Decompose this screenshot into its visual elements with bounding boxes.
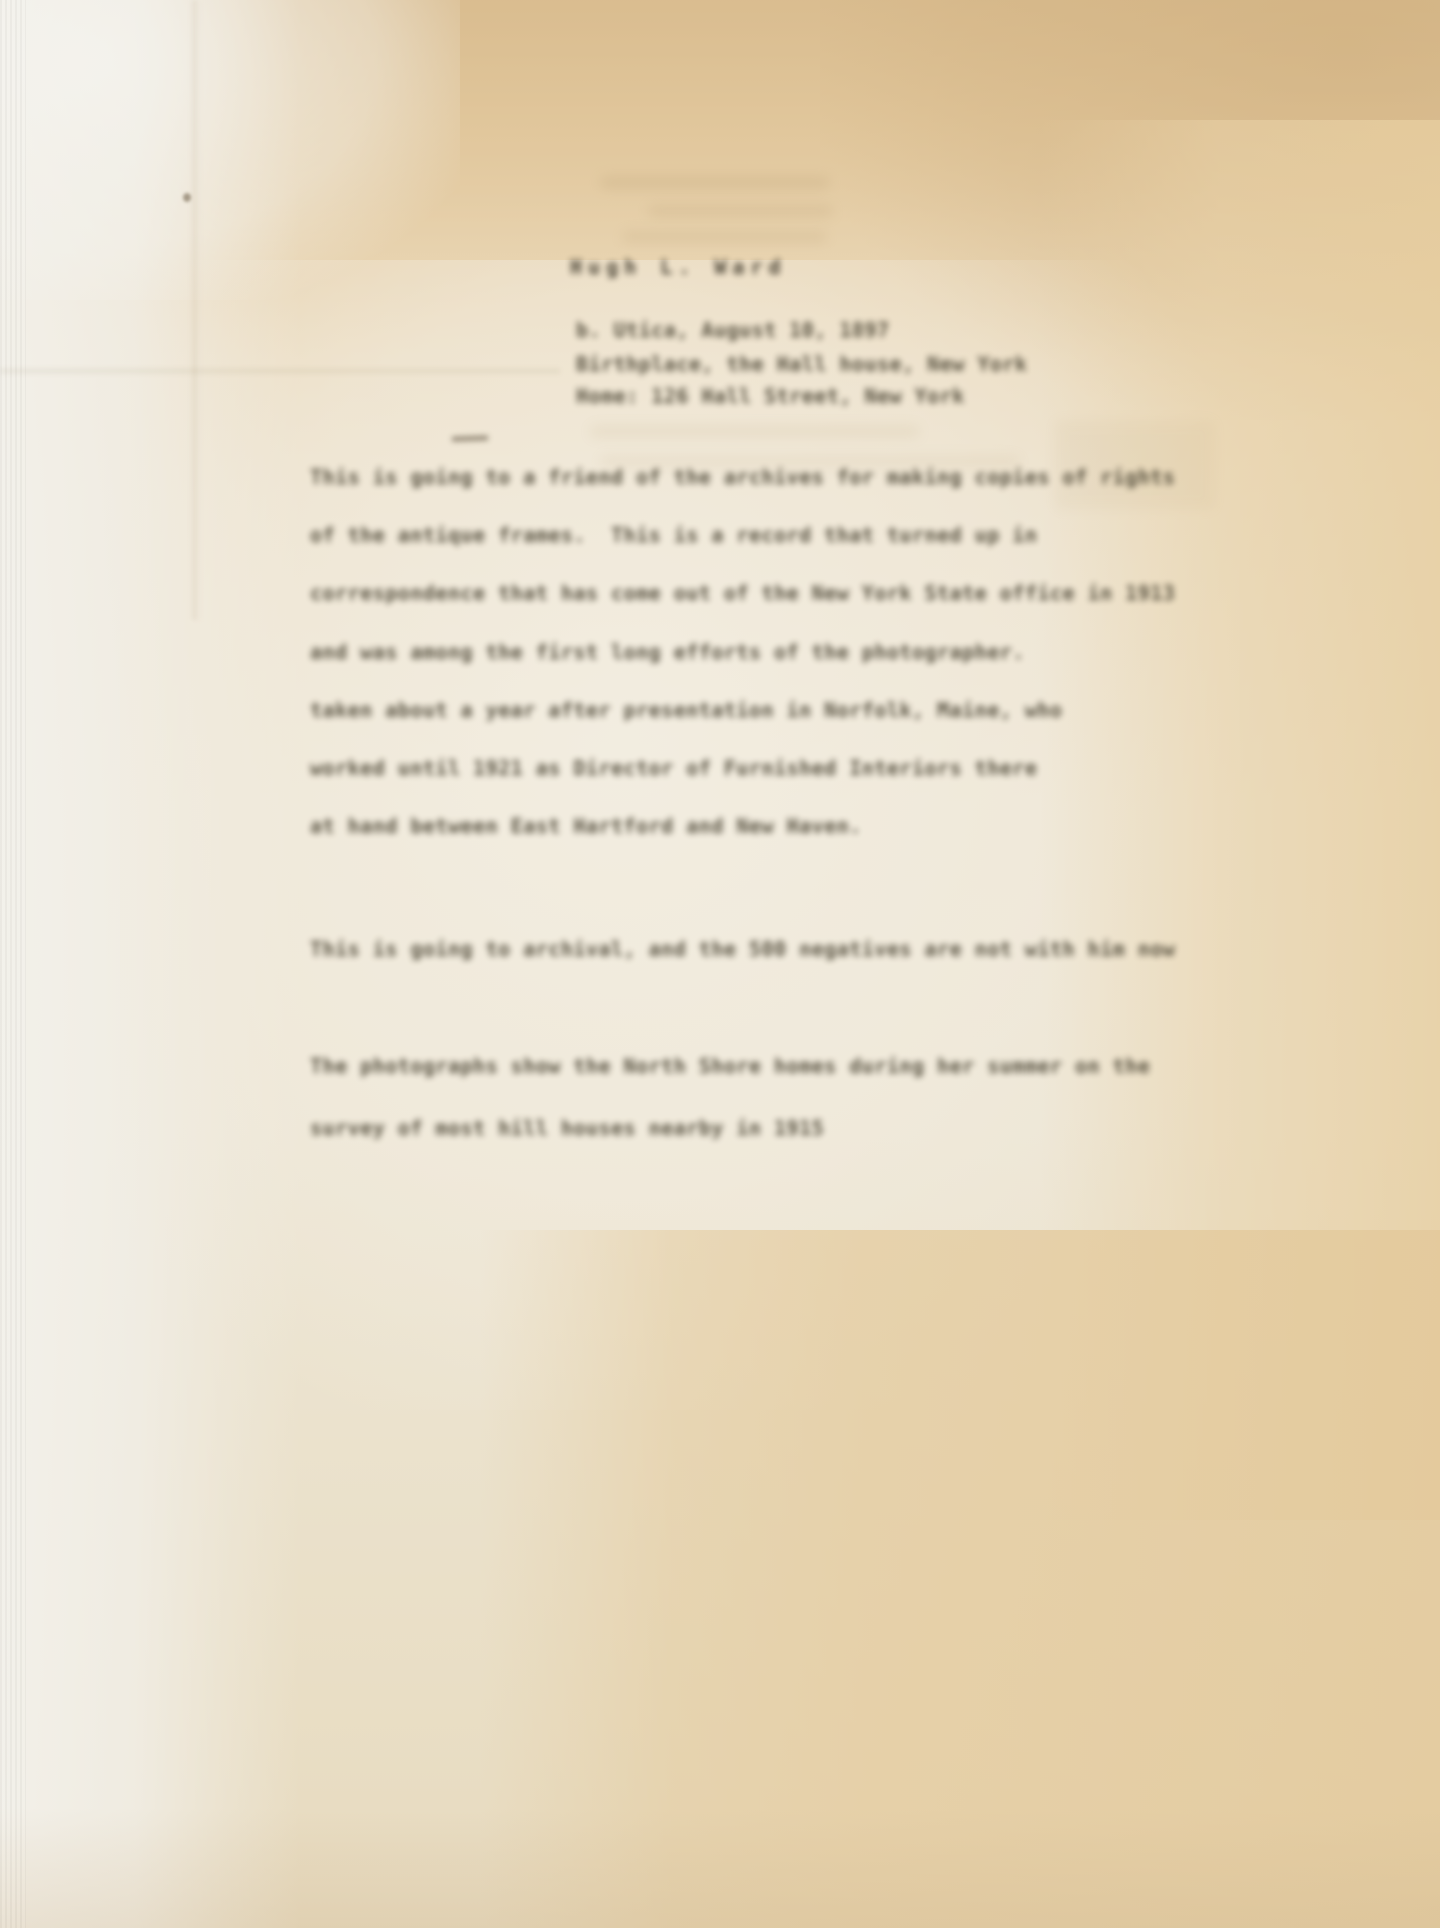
paragraph1-line: worked until 1921 as Director of Furnish… <box>310 755 1037 781</box>
paragraph1-line: at hand between East Hartford and New Ha… <box>310 813 862 839</box>
paragraph3-line: The photographs show the North Shore hom… <box>310 1053 1150 1079</box>
ghost-text-marks <box>622 231 827 243</box>
paper-left-edge-texture <box>0 0 26 1928</box>
photographed-document-page: Hugh L. Ward b. Utica, August 10, 1897 B… <box>0 0 1440 1928</box>
paragraph2-line: This is going to archival, and the 500 n… <box>310 936 1175 962</box>
paper-top-left-highlight <box>0 0 460 300</box>
document-title: Hugh L. Ward <box>570 254 787 280</box>
paragraph1-line: This is going to a friend of the archive… <box>310 464 1175 490</box>
paper-right-edge-shading <box>1040 120 1440 1520</box>
paragraph1-line: of the antique frames. This is a record … <box>310 522 1037 548</box>
paragraph3-line: survey of most hill houses nearby in 191… <box>310 1115 824 1141</box>
ghost-text-marks <box>600 176 830 189</box>
header-line-home: Home: 126 Hall Street, New York <box>576 383 965 409</box>
paper-bottom-right-shading <box>480 1230 1440 1928</box>
paragraph1-line: taken about a year after presentation in… <box>310 697 1062 723</box>
ghost-text-marks <box>590 425 920 438</box>
header-line-birth: b. Utica, August 10, 1897 <box>576 317 890 343</box>
stray-pen-mark <box>452 435 488 441</box>
ghost-text-marks <box>648 205 833 217</box>
paper-bottom-vignette <box>0 1808 1440 1928</box>
paper-left-edge-highlight <box>0 0 300 1928</box>
vertical-crease <box>190 0 200 620</box>
horizontal-crease <box>0 368 560 374</box>
paragraph1-line: and was among the first long efforts of … <box>310 639 1025 665</box>
paragraph1-line: correspondence that has come out of the … <box>310 580 1175 606</box>
paper-speck <box>183 193 191 202</box>
header-line-birthplace: Birthplace, the Hall house, New York <box>576 351 1027 377</box>
